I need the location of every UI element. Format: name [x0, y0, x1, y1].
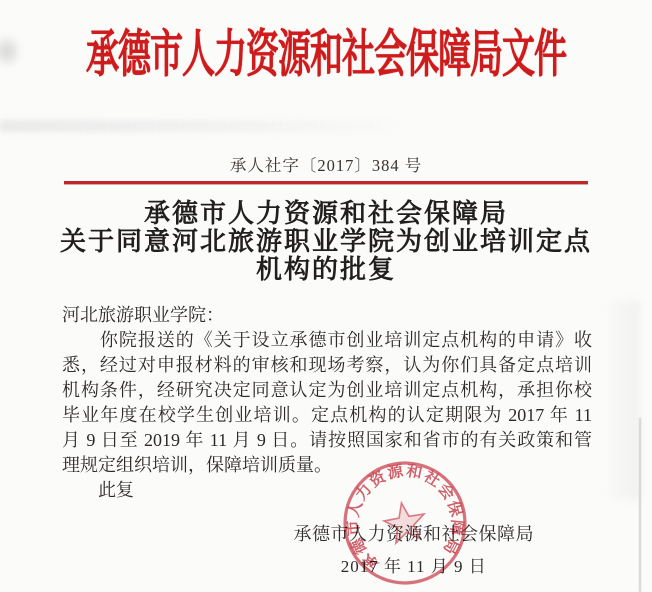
body-line: 你院报送的《关于设立承德市创业培训定点机构的申请》收: [62, 328, 592, 353]
letterhead-title: 承德市人力资源和社会保障局文件: [86, 14, 566, 87]
scanned-official-document: 承德市人力资源和社会保障局文件 承人社字〔2017〕384 号 承德市人力资源和…: [0, 0, 652, 592]
title-line-1: 承德市人力资源和社会保障局: [0, 200, 652, 228]
scan-artifact: [0, 120, 430, 132]
seal-star-icon: [381, 499, 428, 544]
official-seal: 承德市人力资源和社会保障局: [331, 449, 479, 592]
body-line: 月 9 日至 2019 年 11 月 9 日。请按照国家和省市的有关政策和管: [62, 428, 592, 453]
document-title: 承德市人力资源和社会保障局 关于同意河北旅游职业学院为创业培训定点 机构的批复: [0, 200, 652, 284]
body-line: 毕业年度在校学生创业培训。定点机构的认定期限为 2017 年 11: [62, 403, 592, 428]
red-divider-rule: [64, 181, 588, 184]
document-number: 承人社字〔2017〕384 号: [0, 152, 652, 176]
body-line: 机构条件，经研究决定同意认定为创业培训定点机构，承担你校: [62, 378, 592, 403]
closing-line: 此复: [62, 478, 592, 503]
title-line-3: 机构的批复: [0, 256, 652, 284]
title-line-2: 关于同意河北旅游职业学院为创业培训定点: [0, 228, 652, 256]
body-line: 理规定组织培训，保障培训质量。: [62, 453, 592, 478]
body-line: 悉，经过对申报材料的审核和现场考察，认为你们具备定点培训: [62, 353, 592, 378]
scan-artifact: [639, 418, 641, 592]
scan-artifact: [600, 300, 640, 500]
document-body: 河北旅游职业学院： 你院报送的《关于设立承德市创业培训定点机构的申请》收 悉，经…: [62, 303, 592, 503]
salutation-line: 河北旅游职业学院：: [62, 303, 592, 328]
document-letterhead: 承德市人力资源和社会保障局文件: [0, 12, 652, 88]
